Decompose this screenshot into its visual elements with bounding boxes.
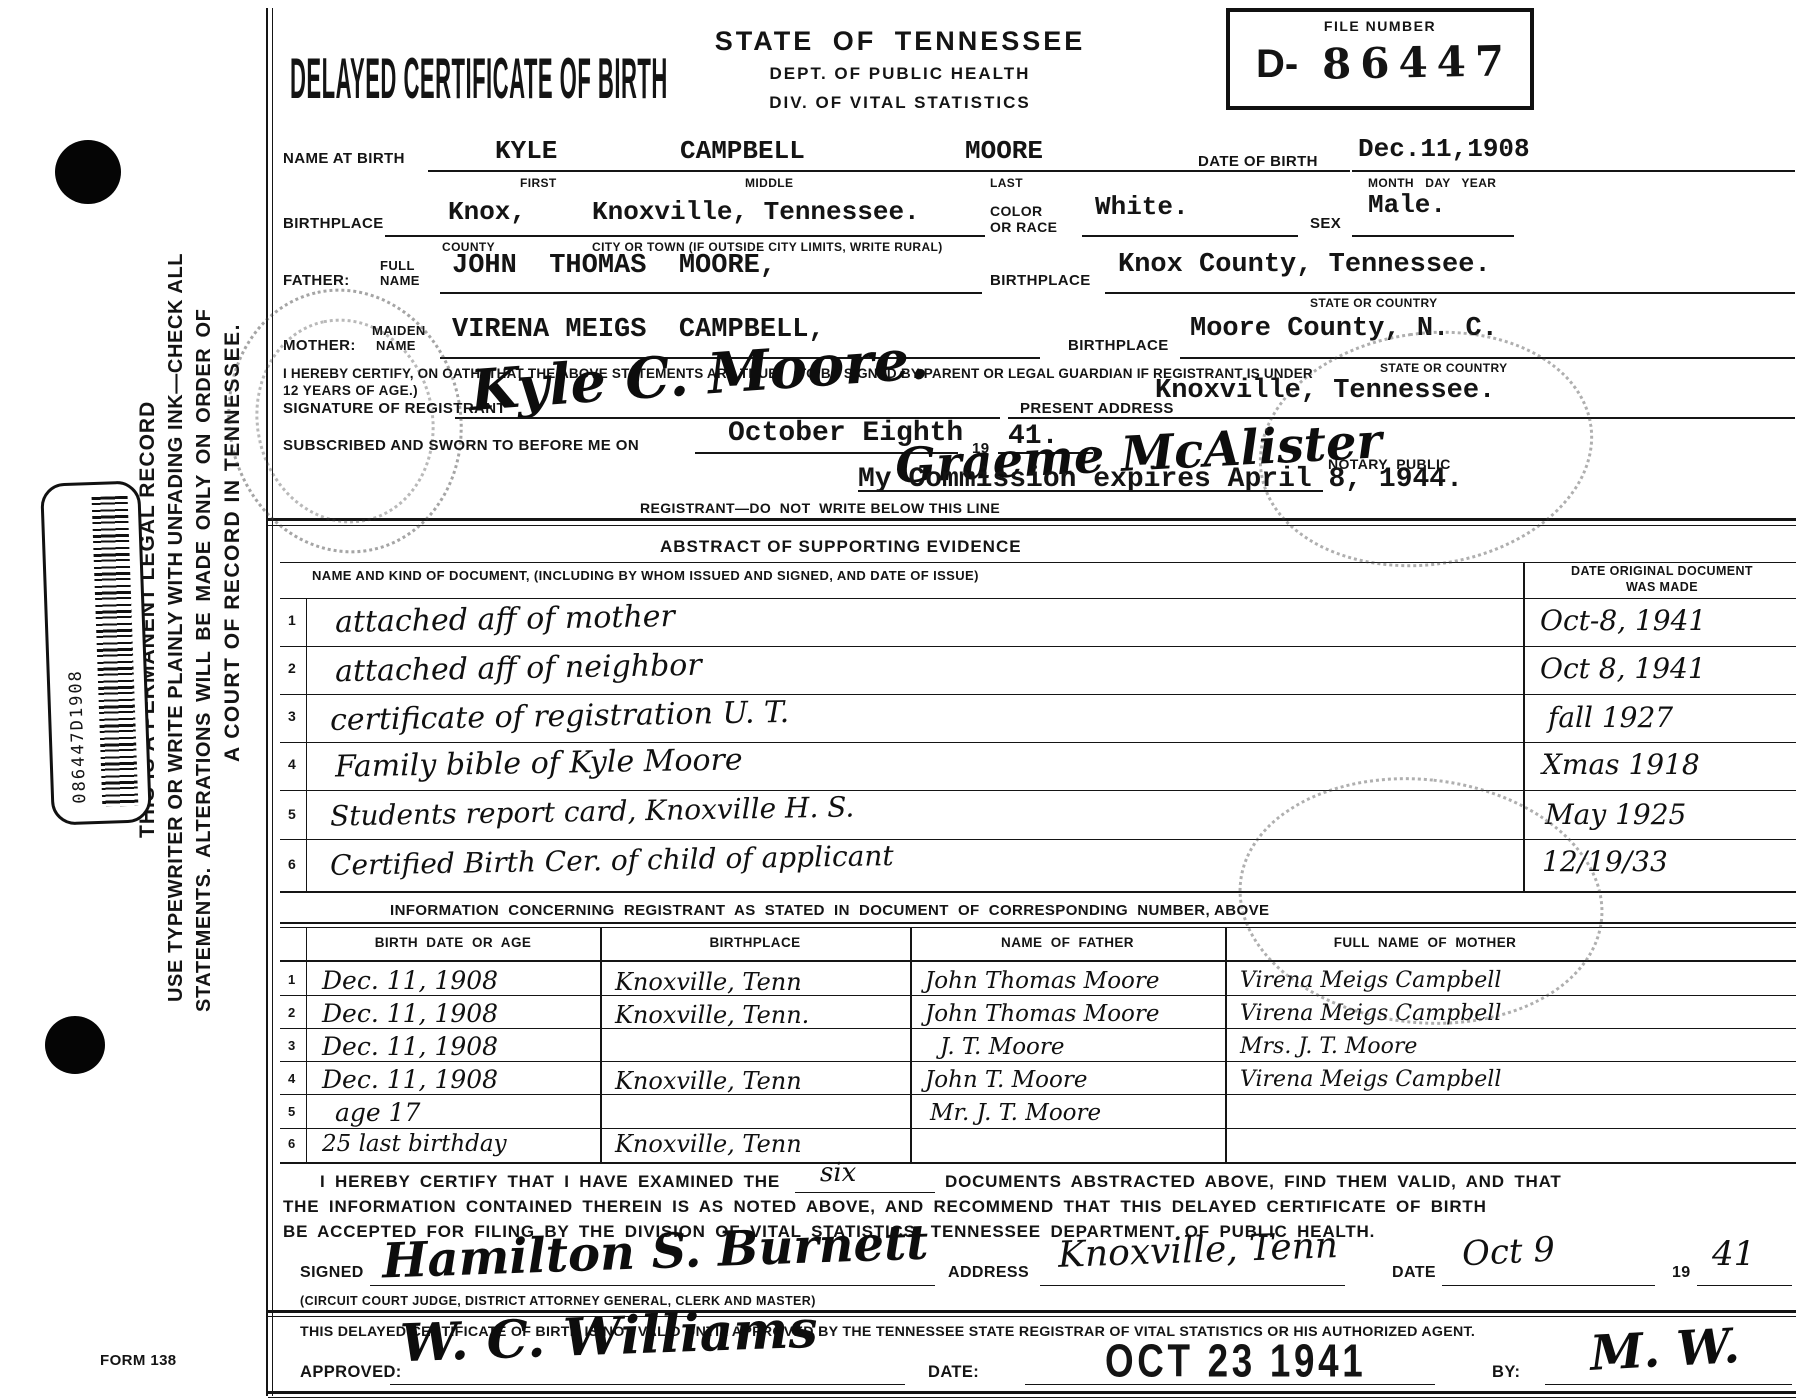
present-address-label: PRESENT ADDRESS <box>1020 400 1174 417</box>
rule <box>280 694 1796 695</box>
approval-date-label: DATE: <box>928 1363 979 1382</box>
evidence-row-num: 5 <box>288 806 296 822</box>
form-left-border <box>266 8 268 1396</box>
evidence-date-entry: Oct 8, 1941 <box>1540 652 1706 685</box>
form-left-border-inner <box>272 8 273 1396</box>
last-caption: LAST <box>990 176 1023 190</box>
cert-date-value: Oct 9 <box>1461 1230 1556 1275</box>
info-birthdate: 25 last birthday <box>322 1131 507 1157</box>
rule <box>1040 1285 1345 1286</box>
evidence-doc-header: NAME AND KIND OF DOCUMENT, (INCLUDING BY… <box>312 568 979 583</box>
father-name-value: JOHN THOMAS MOORE, <box>452 251 776 281</box>
rule <box>268 518 1796 521</box>
cert-year-value: 41 <box>1712 1234 1755 1274</box>
rule <box>370 1285 935 1286</box>
evidence-date-entry: fall 1927 <box>1548 701 1673 734</box>
margin-note-use-typewriter: USE TYPEWRITER OR WRITE PLAINLY WITH UNF… <box>165 253 188 1002</box>
first-caption: FIRST <box>520 176 557 190</box>
info-father: John Thomas Moore <box>925 968 1160 994</box>
seal-stamp-upper-right <box>1243 310 1608 588</box>
name-middle-value: CAMPBELL <box>680 136 805 166</box>
rule <box>268 1397 1796 1398</box>
info-row-num: 3 <box>288 1038 296 1053</box>
info-birthplace: Knoxville, Tenn. <box>615 1001 809 1029</box>
info-birthdate: Dec. 11, 1908 <box>322 1065 498 1094</box>
rule <box>280 562 1796 563</box>
evidence-doc-entry: Family bible of Kyle Moore <box>335 742 743 784</box>
rule <box>280 1162 1796 1164</box>
cert-line2: THE INFORMATION CONTAINED THEREIN IS AS … <box>283 1197 1487 1217</box>
rule <box>1025 1384 1435 1385</box>
info-table-title: INFORMATION CONCERNING REGISTRANT AS STA… <box>390 902 1269 919</box>
cert-count-value: six <box>820 1158 856 1188</box>
evidence-doc-entry: certificate of registration U. T. <box>330 695 790 738</box>
evidence-title: ABSTRACT OF SUPPORTING EVIDENCE <box>660 537 1022 557</box>
rule <box>280 790 1796 791</box>
father-fullname-label-1: FULL <box>380 258 415 273</box>
rule <box>280 742 1796 743</box>
barcode-bars <box>92 496 139 807</box>
info-father: J. T. Moore <box>940 1034 1065 1060</box>
form-title: DELAYED CERTIFICATE OF BIRTH <box>290 44 668 112</box>
info-row-num: 2 <box>288 1005 296 1020</box>
approval-by-label: BY: <box>1492 1363 1520 1382</box>
info-header-father: NAME OF FATHER <box>910 935 1225 950</box>
state-title: STATE OF TENNESSEE <box>640 26 1160 57</box>
delayed-birth-certificate-scan: THIS IS A PERMANENT LEGAL RECORD USE TYP… <box>0 0 1808 1400</box>
rule <box>1082 235 1298 237</box>
evidence-date-entry: May 1925 <box>1545 798 1686 831</box>
father-label: FATHER: <box>283 272 350 289</box>
rule <box>1352 235 1514 237</box>
evidence-date-entry: Xmas 1918 <box>1542 748 1700 781</box>
do-not-write-notice: REGISTRANT—DO NOT WRITE BELOW THIS LINE <box>640 500 1000 516</box>
rule <box>280 1128 1796 1129</box>
rule <box>428 170 1350 172</box>
info-birthdate: Dec. 11, 1908 <box>322 999 498 1028</box>
sex-value: Male. <box>1368 190 1446 220</box>
rule <box>280 598 1796 599</box>
info-mother: Virena Meigs Campbell <box>1240 1067 1501 1092</box>
approved-label: APPROVED: <box>300 1363 402 1382</box>
rule <box>385 235 985 237</box>
birthplace-city-value: Knoxville, Tennessee. <box>592 197 920 227</box>
info-father: John T. Moore <box>925 1067 1087 1093</box>
birthplace-label: BIRTHPLACE <box>283 215 384 232</box>
evidence-date-header-1: DATE ORIGINAL DOCUMENT <box>1528 564 1796 578</box>
file-number-prefix: D- <box>1256 42 1298 87</box>
rule <box>280 1061 1796 1062</box>
dept-title: DEPT. OF PUBLIC HEALTH <box>640 64 1160 84</box>
date-of-birth-value: Dec.11,1908 <box>1358 134 1530 164</box>
date-of-birth-label: DATE OF BIRTH <box>1198 153 1318 170</box>
info-birthdate: Dec. 11, 1908 <box>322 966 498 995</box>
name-last-value: MOORE <box>965 136 1043 166</box>
info-birthplace: Knoxville, Tenn <box>615 968 802 996</box>
info-row-num: 5 <box>288 1104 296 1119</box>
rule <box>268 1391 1796 1394</box>
info-birthplace: Knoxville, Tenn <box>615 1067 802 1095</box>
cert-address-label: ADDRESS <box>948 1264 1029 1282</box>
rule <box>1545 1384 1792 1385</box>
rule <box>1442 1285 1655 1286</box>
evidence-row-num: 3 <box>288 708 296 724</box>
info-row-num: 1 <box>288 972 296 987</box>
info-header-birthplace: BIRTHPLACE <box>600 935 910 950</box>
cert-date-label: DATE <box>1392 1264 1436 1282</box>
approval-by-signature: M. W. <box>1589 1318 1741 1382</box>
file-number-value: 86447 <box>1322 36 1514 88</box>
father-fullname-label-2: NAME <box>380 273 420 288</box>
evidence-row-num: 4 <box>288 756 296 772</box>
file-number-label: FILE NUMBER <box>1230 18 1530 34</box>
info-father: Mr. J. T. Moore <box>930 1100 1101 1126</box>
info-father: John Thomas Moore <box>925 1001 1160 1027</box>
cert-address-value: Knoxville, Tenn <box>1057 1225 1338 1276</box>
agency-block: STATE OF TENNESSEE DEPT. OF PUBLIC HEALT… <box>640 26 1160 113</box>
father-birthplace-caption: STATE OR COUNTRY <box>1310 296 1438 310</box>
rule <box>390 1384 905 1385</box>
barcode-sticker: 086447D1908 <box>40 480 152 825</box>
cert-line1-b: DOCUMENTS ABSTRACTED ABOVE, FIND THEM VA… <box>945 1172 1562 1192</box>
rule <box>280 646 1796 647</box>
rule <box>440 292 982 294</box>
info-birthdate: age 17 <box>335 1098 420 1127</box>
evidence-doc-entry: attached aff of mother <box>335 599 675 640</box>
evidence-doc-entry: Certified Birth Cer. of child of applica… <box>330 839 894 882</box>
punch-hole-bottom <box>45 1016 105 1074</box>
info-birthdate: Dec. 11, 1908 <box>322 1032 498 1061</box>
father-birthplace-label: BIRTHPLACE <box>990 272 1091 289</box>
color-or-race-label-2: OR RACE <box>990 219 1057 235</box>
rule <box>1352 170 1795 172</box>
punch-hole-top <box>55 140 121 204</box>
rule <box>1697 1285 1792 1286</box>
evidence-row-num: 1 <box>288 612 296 628</box>
evidence-row-num: 6 <box>288 856 296 872</box>
margin-note-alterations: STATEMENTS. ALTERATIONS WILL BE MADE ONL… <box>193 309 216 1012</box>
father-birthplace-value: Knox County, Tennessee. <box>1118 250 1491 280</box>
rule <box>795 1192 935 1193</box>
name-at-birth-label: NAME AT BIRTH <box>283 150 405 167</box>
info-header-birthdate: BIRTH DATE OR AGE <box>306 935 600 950</box>
info-mother: Mrs. J. T. Moore <box>1240 1034 1417 1059</box>
info-row-num: 4 <box>288 1071 296 1086</box>
form-number: FORM 138 <box>100 1352 177 1369</box>
rule <box>280 1094 1796 1095</box>
division-title: DIV. OF VITAL STATISTICS <box>640 93 1160 113</box>
mother-birthplace-label: BIRTHPLACE <box>1068 337 1169 354</box>
birthplace-county-value: Knox, <box>448 197 526 227</box>
name-first-value: KYLE <box>495 136 557 166</box>
evidence-date-entry: Oct-8, 1941 <box>1540 604 1706 637</box>
evidence-doc-entry: attached aff of neighbor <box>335 648 702 689</box>
signed-label: SIGNED <box>300 1264 364 1282</box>
info-row-num: 6 <box>288 1136 296 1151</box>
middle-caption: MIDDLE <box>745 176 793 190</box>
cert-line1-a: I HEREBY CERTIFY THAT I HAVE EXAMINED TH… <box>320 1172 780 1192</box>
color-or-race-label-1: COLOR <box>990 203 1043 219</box>
rule <box>280 1028 1796 1029</box>
barcode-number: 086447D1908 <box>66 669 91 804</box>
info-birthplace: Knoxville, Tenn <box>615 1130 802 1158</box>
sex-label: SEX <box>1310 215 1341 232</box>
rule <box>306 598 307 892</box>
date-of-birth-caption: MONTH DAY YEAR <box>1368 176 1496 190</box>
race-value: White. <box>1095 192 1189 222</box>
rule <box>280 995 1796 996</box>
file-number-box: FILE NUMBER D- 86447 <box>1226 8 1534 110</box>
evidence-row-num: 2 <box>288 660 296 676</box>
approval-date-stamp: OCT 23 1941 <box>1105 1336 1366 1388</box>
evidence-doc-entry: Students report card, Knoxville H. S. <box>330 790 855 832</box>
rule <box>1105 292 1795 294</box>
rule <box>268 525 1796 526</box>
evidence-date-header-2: WAS MADE <box>1528 580 1796 594</box>
cert-year-prefix: 19 <box>1672 1264 1691 1282</box>
